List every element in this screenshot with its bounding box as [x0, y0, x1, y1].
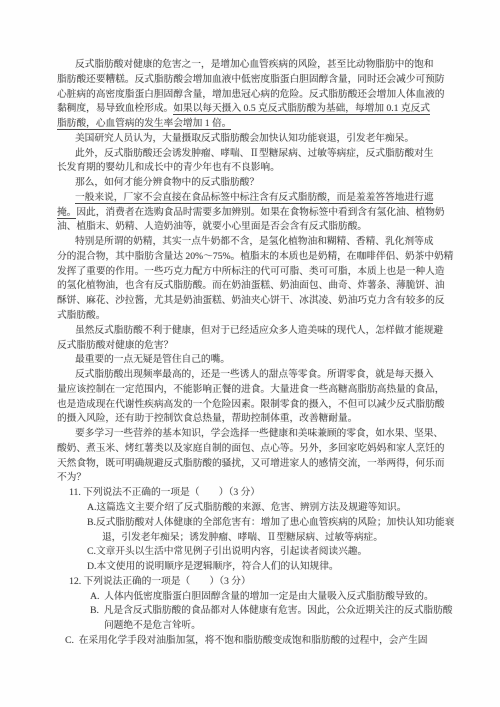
text-line-19: 虽然反式脂肪酸不利于健康，但对于已经适应众多人造美味的现代人，怎样做才能规避: [57, 324, 447, 339]
plain-text: 天然食物，既可明确规避反式脂肪酸的骚扰，又可增进家人的感情交流，一举两得，何乐而: [57, 458, 445, 469]
text-line-23: 量应该控制在一定范围内，不能影响正餐的进食。大量进食一些高糖高脂肪高热量的食品，: [57, 383, 447, 398]
plain-text: 脂肪酸还要糟糕。反式脂肪酸会增加血液中低密度脂蛋白胆固醇含量，同时还会减少可预防: [57, 74, 445, 85]
plain-text: 退，引发老年痴呆；诱发肿瘤、哮喘、Ⅱ型糖尿病、过敏等病症。: [102, 532, 383, 543]
text-line-30: 11. 下列说法不正确的一项是（ ）（3 分）: [57, 486, 447, 501]
text-line-34: C.文章开头以生活中常见例子引出说明内容，引起读者阅读兴趣。: [57, 545, 447, 560]
text-line-37: A. 人体内低密度脂蛋白胆固醇含量的增加一定是由大量吸入反式脂肪酸导致的。: [57, 590, 447, 605]
underlined-text: 一般来说，厂家不会直接在食品标签中标注含有反式脂肪酸，而是羞羞答答地进行遮: [75, 192, 433, 204]
text-line-11: 掩。因此，消费者在选购食品时需要多加辨别。如果在食物标签中看到含有氢化油、植物奶: [57, 206, 447, 221]
text-line-4: 黏稠度，易导致血栓形成。如果以每天摄入 0.5 克反式脂肪酸为基础，每增加 0.…: [57, 102, 447, 117]
plain-text: 长发育期的婴幼儿和成长中的青少年也有不良影响。: [57, 162, 280, 173]
text-line-8: 长发育期的婴幼儿和成长中的青少年也有不良影响。: [57, 161, 447, 176]
plain-text: 黏稠度，易导致血栓形成。: [57, 103, 173, 114]
plain-text: 反式脂肪酸对健康的危害之一，是增加心血管疾病的风险，甚至比动物脂肪中的饱和: [75, 59, 433, 70]
plain-text: 反式脂肪酸对健康的危害？: [57, 340, 173, 351]
document-text: 反式脂肪酸对健康的危害之一，是增加心血管疾病的风险，甚至比动物脂肪中的饱和脂肪酸…: [57, 58, 447, 649]
plain-text: 心脏病的高密度脂蛋白胆固醇含量，增加患冠心病的危险。反式脂肪酸还会增加人体血液的: [57, 89, 445, 100]
text-line-24: 也是造成现在代谢性疾病高发的一个危险因素。限制零食的摄入，不但可以减少反式脂肪酸: [57, 398, 447, 413]
text-line-31: A.这篇选文主要介绍了反式脂肪酸的来源、危害、辨别方法及规避等知识。: [57, 501, 447, 516]
text-line-28: 天然食物，既可明确规避反式脂肪酸的骚扰，又可增进家人的感情交流，一举两得，何乐而: [57, 457, 447, 472]
text-line-17: 酥饼、麻花、沙拉酱，尤其是奶油蛋糕、奶油夹心饼干、冰淇凌、奶油巧克力含有较多的反: [57, 294, 447, 309]
text-line-40: C. 在采用化学手段对油脂加氢，将不饱和脂肪酸变成饱和脂肪酸的过程中，会产生固: [57, 634, 447, 649]
text-line-2: 脂肪酸还要糟糕。反式脂肪酸会增加血液中低密度脂蛋白胆固醇含量，同时还会减少可预防: [57, 73, 447, 88]
plain-text: A. 人体内低密度脂蛋白胆固醇含量的增加一定是由大量吸入反式脂肪酸导致的。: [90, 591, 434, 602]
text-line-26: 要多学习一些营养的基本知识，学会选择一些健康和美味兼顾的零食，如水果、坚果、: [57, 427, 447, 442]
plain-text: 那么，如何才能分辨食物中的反式脂肪酸？: [75, 177, 259, 188]
plain-text: 特别是所谓的奶精，其实一点牛奶都不含，是氢化植物油和糊精、香精、乳化剂等成: [75, 236, 433, 247]
text-line-7: 此外，反式脂肪酸还会诱发肿瘤、哮喘、Ⅱ型糖尿病、过敏等病症，反式脂肪酸对生: [57, 147, 447, 162]
plain-text: 也是造成现在代谢性疾病高发的一个危险因素。限制零食的摄入，不但可以减少反式脂肪酸: [57, 399, 445, 410]
text-line-21: 最重要的一点无疑是管住自己的嘴。: [57, 353, 447, 368]
plain-text: 虽然反式脂肪酸不利于健康，但对于已经适应众多人造美味的现代人，怎样做才能规避: [75, 325, 443, 336]
plain-text: 反式脂肪酸出现频率最高的，还是一些诱人的甜点等零食。所谓零食，就是每天摄入: [75, 369, 433, 380]
plain-text: A.这篇选文主要介绍了反式脂肪酸的来源、危害、辨别方法及规避等知识。: [87, 502, 406, 513]
text-line-29: 不为？: [57, 471, 447, 486]
plain-text: 酥饼、麻花、沙拉酱，尤其是奶油蛋糕、奶油夹心饼干、冰淇凌、奶油巧克力含有较多的反: [57, 295, 445, 306]
text-line-18: 式脂肪酸。: [57, 309, 447, 324]
plain-text: 此外，反式脂肪酸还会诱发肿瘤、哮喘、Ⅱ型糖尿病、过敏等病症，反式脂肪酸对生: [75, 148, 433, 159]
plain-text: 式脂肪酸。: [57, 310, 105, 321]
text-line-32: B.反式脂肪酸对人体健康的全部危害有：增加了患心血管疾病的风险；加快认知功能衰: [57, 516, 447, 531]
text-line-1: 反式脂肪酸对健康的危害之一，是增加心血管疾病的风险，甚至比动物脂肪中的饱和: [57, 58, 447, 73]
text-line-39: 问题绝不是危言耸听。: [57, 619, 447, 634]
text-line-36: 12. 下列说法正确的一项是（ ）（3 分）: [57, 575, 447, 590]
plain-text: 不为？: [57, 472, 86, 483]
plain-text: 的氢化植物油，也含有反式脂肪酸。而在奶油蛋糕、奶油面包、曲奇、炸薯条、薄脆饼、油: [57, 280, 445, 291]
text-line-25: 的摄入风险，还有助于控制饮食总热量，帮助控制体重，改善糖耐量。: [57, 412, 447, 427]
text-line-33: 退，引发老年痴呆；诱发肿瘤、哮喘、Ⅱ型糖尿病、过敏等病症。: [57, 531, 447, 546]
plain-text: B. 凡是含反式脂肪酸的食品都对人体健康有危害。因此，公众近期关注的反式脂肪酸: [90, 605, 452, 616]
plain-text: 12. 下列说法正确的一项是（ ）（3 分）: [69, 576, 251, 587]
text-line-6: 美国研究人员认为，大量摄取反式脂肪酸会加快认知功能衰退，引发老年痴呆。: [57, 132, 447, 147]
text-line-5: 脂肪酸，心血管病的发生率会增加 1 倍。: [57, 117, 447, 132]
text-line-13: 特别是所谓的奶精，其实一点牛奶都不含，是氢化植物油和糊精、香精、乳化剂等成: [57, 235, 447, 250]
plain-text: 最重要的一点无疑是管住自己的嘴。: [75, 354, 230, 365]
plain-text: 油、植脂末、奶精、人造奶油等，就要小心里面是否会含有反式脂肪酸。: [57, 221, 367, 232]
plain-text: 酸奶、煮玉米、烤红薯类以及家庭自制的面包、点心等。另外，多回家吃妈妈和家人烹饪的: [57, 443, 445, 454]
plain-text: 问题绝不是危言耸听。: [104, 620, 201, 631]
plain-text: 因此，消费者在选购食品时需要多加辨别。如果在食物标签中看到含有氢化油、植物奶: [76, 207, 444, 218]
text-line-10: 一般来说，厂家不会直接在食品标签中标注含有反式脂肪酸，而是羞羞答答地进行遮: [57, 191, 447, 206]
text-line-16: 的氢化植物油，也含有反式脂肪酸。而在奶油蛋糕、奶油面包、曲奇、炸薯条、薄脆饼、油: [57, 279, 447, 294]
plain-text: C. 在采用化学手段对油脂加氢，将不饱和脂肪酸变成饱和脂肪酸的过程中，会产生固: [65, 635, 427, 646]
text-line-15: 发挥了重要的作用。一些巧克力配方中所标注的代可可脂、类可可脂，本质上也是一种人造: [57, 265, 447, 280]
text-line-35: D.本文使用的说明顺序是逻辑顺序，符合人们的认知规律。: [57, 560, 447, 575]
text-line-9: 那么，如何才能分辨食物中的反式脂肪酸？: [57, 176, 447, 191]
plain-text: D.本文使用的说明顺序是逻辑顺序，符合人们的认知规律。: [87, 561, 339, 572]
plain-text: 分的混合物，其中脂肪含量达 20%～75%。植脂末的本质也是奶精，在咖啡伴侣、奶…: [57, 251, 453, 262]
text-line-22: 反式脂肪酸出现频率最高的，还是一些诱人的甜点等零食。所谓零食，就是每天摄入: [57, 368, 447, 383]
underlined-text: 掩。: [57, 207, 76, 219]
text-line-27: 酸奶、煮玉米、烤红薯类以及家庭自制的面包、点心等。另外，多回家吃妈妈和家人烹饪的: [57, 442, 447, 457]
plain-text: B.反式脂肪酸对人体健康的全部危害有：增加了患心血管疾病的风险；加快认知功能衰: [87, 517, 454, 528]
underlined-text: 脂肪酸，心血管病的发生率会增加 1 倍。: [57, 118, 231, 130]
text-line-20: 反式脂肪酸对健康的危害？: [57, 339, 447, 354]
text-line-12: 油、植脂末、奶精、人造奶油等，就要小心里面是否会含有反式脂肪酸。: [57, 220, 447, 235]
underlined-text: 如果以每天摄入 0.5 克反式脂肪酸为基础，每增加 0.1 克反式: [173, 103, 430, 115]
text-line-14: 分的混合物，其中脂肪含量达 20%～75%。植脂末的本质也是奶精，在咖啡伴侣、奶…: [57, 250, 447, 265]
plain-text: 11. 下列说法不正确的一项是（ ）（3 分）: [69, 487, 260, 498]
text-line-3: 心脏病的高密度脂蛋白胆固醇含量，增加患冠心病的危险。反式脂肪酸还会增加人体血液的: [57, 88, 447, 103]
text-line-38: B. 凡是含反式脂肪酸的食品都对人体健康有危害。因此，公众近期关注的反式脂肪酸: [57, 604, 447, 619]
plain-text: 发挥了重要的作用。一些巧克力配方中所标注的代可可脂、类可可脂，本质上也是一种人造: [57, 266, 445, 277]
plain-text: 要多学习一些营养的基本知识，学会选择一些健康和美味兼顾的零食，如水果、坚果、: [75, 428, 443, 439]
plain-text: 的摄入风险，还有助于控制饮食总热量，帮助控制体重，改善糖耐量。: [57, 413, 357, 424]
plain-text: 美国研究人员认为，大量摄取反式脂肪酸会加快认知功能衰退，引发老年痴呆。: [75, 133, 414, 144]
plain-text: C.文章开头以生活中常见例子引出说明内容，引起读者阅读兴趣。: [87, 546, 367, 557]
plain-text: 量应该控制在一定范围内，不能影响正餐的进食。大量进食一些高糖高脂肪高热量的食品，: [57, 384, 445, 395]
document-page: 反式脂肪酸对健康的危害之一，是增加心血管疾病的风险，甚至比动物脂肪中的饱和脂肪酸…: [0, 0, 500, 707]
